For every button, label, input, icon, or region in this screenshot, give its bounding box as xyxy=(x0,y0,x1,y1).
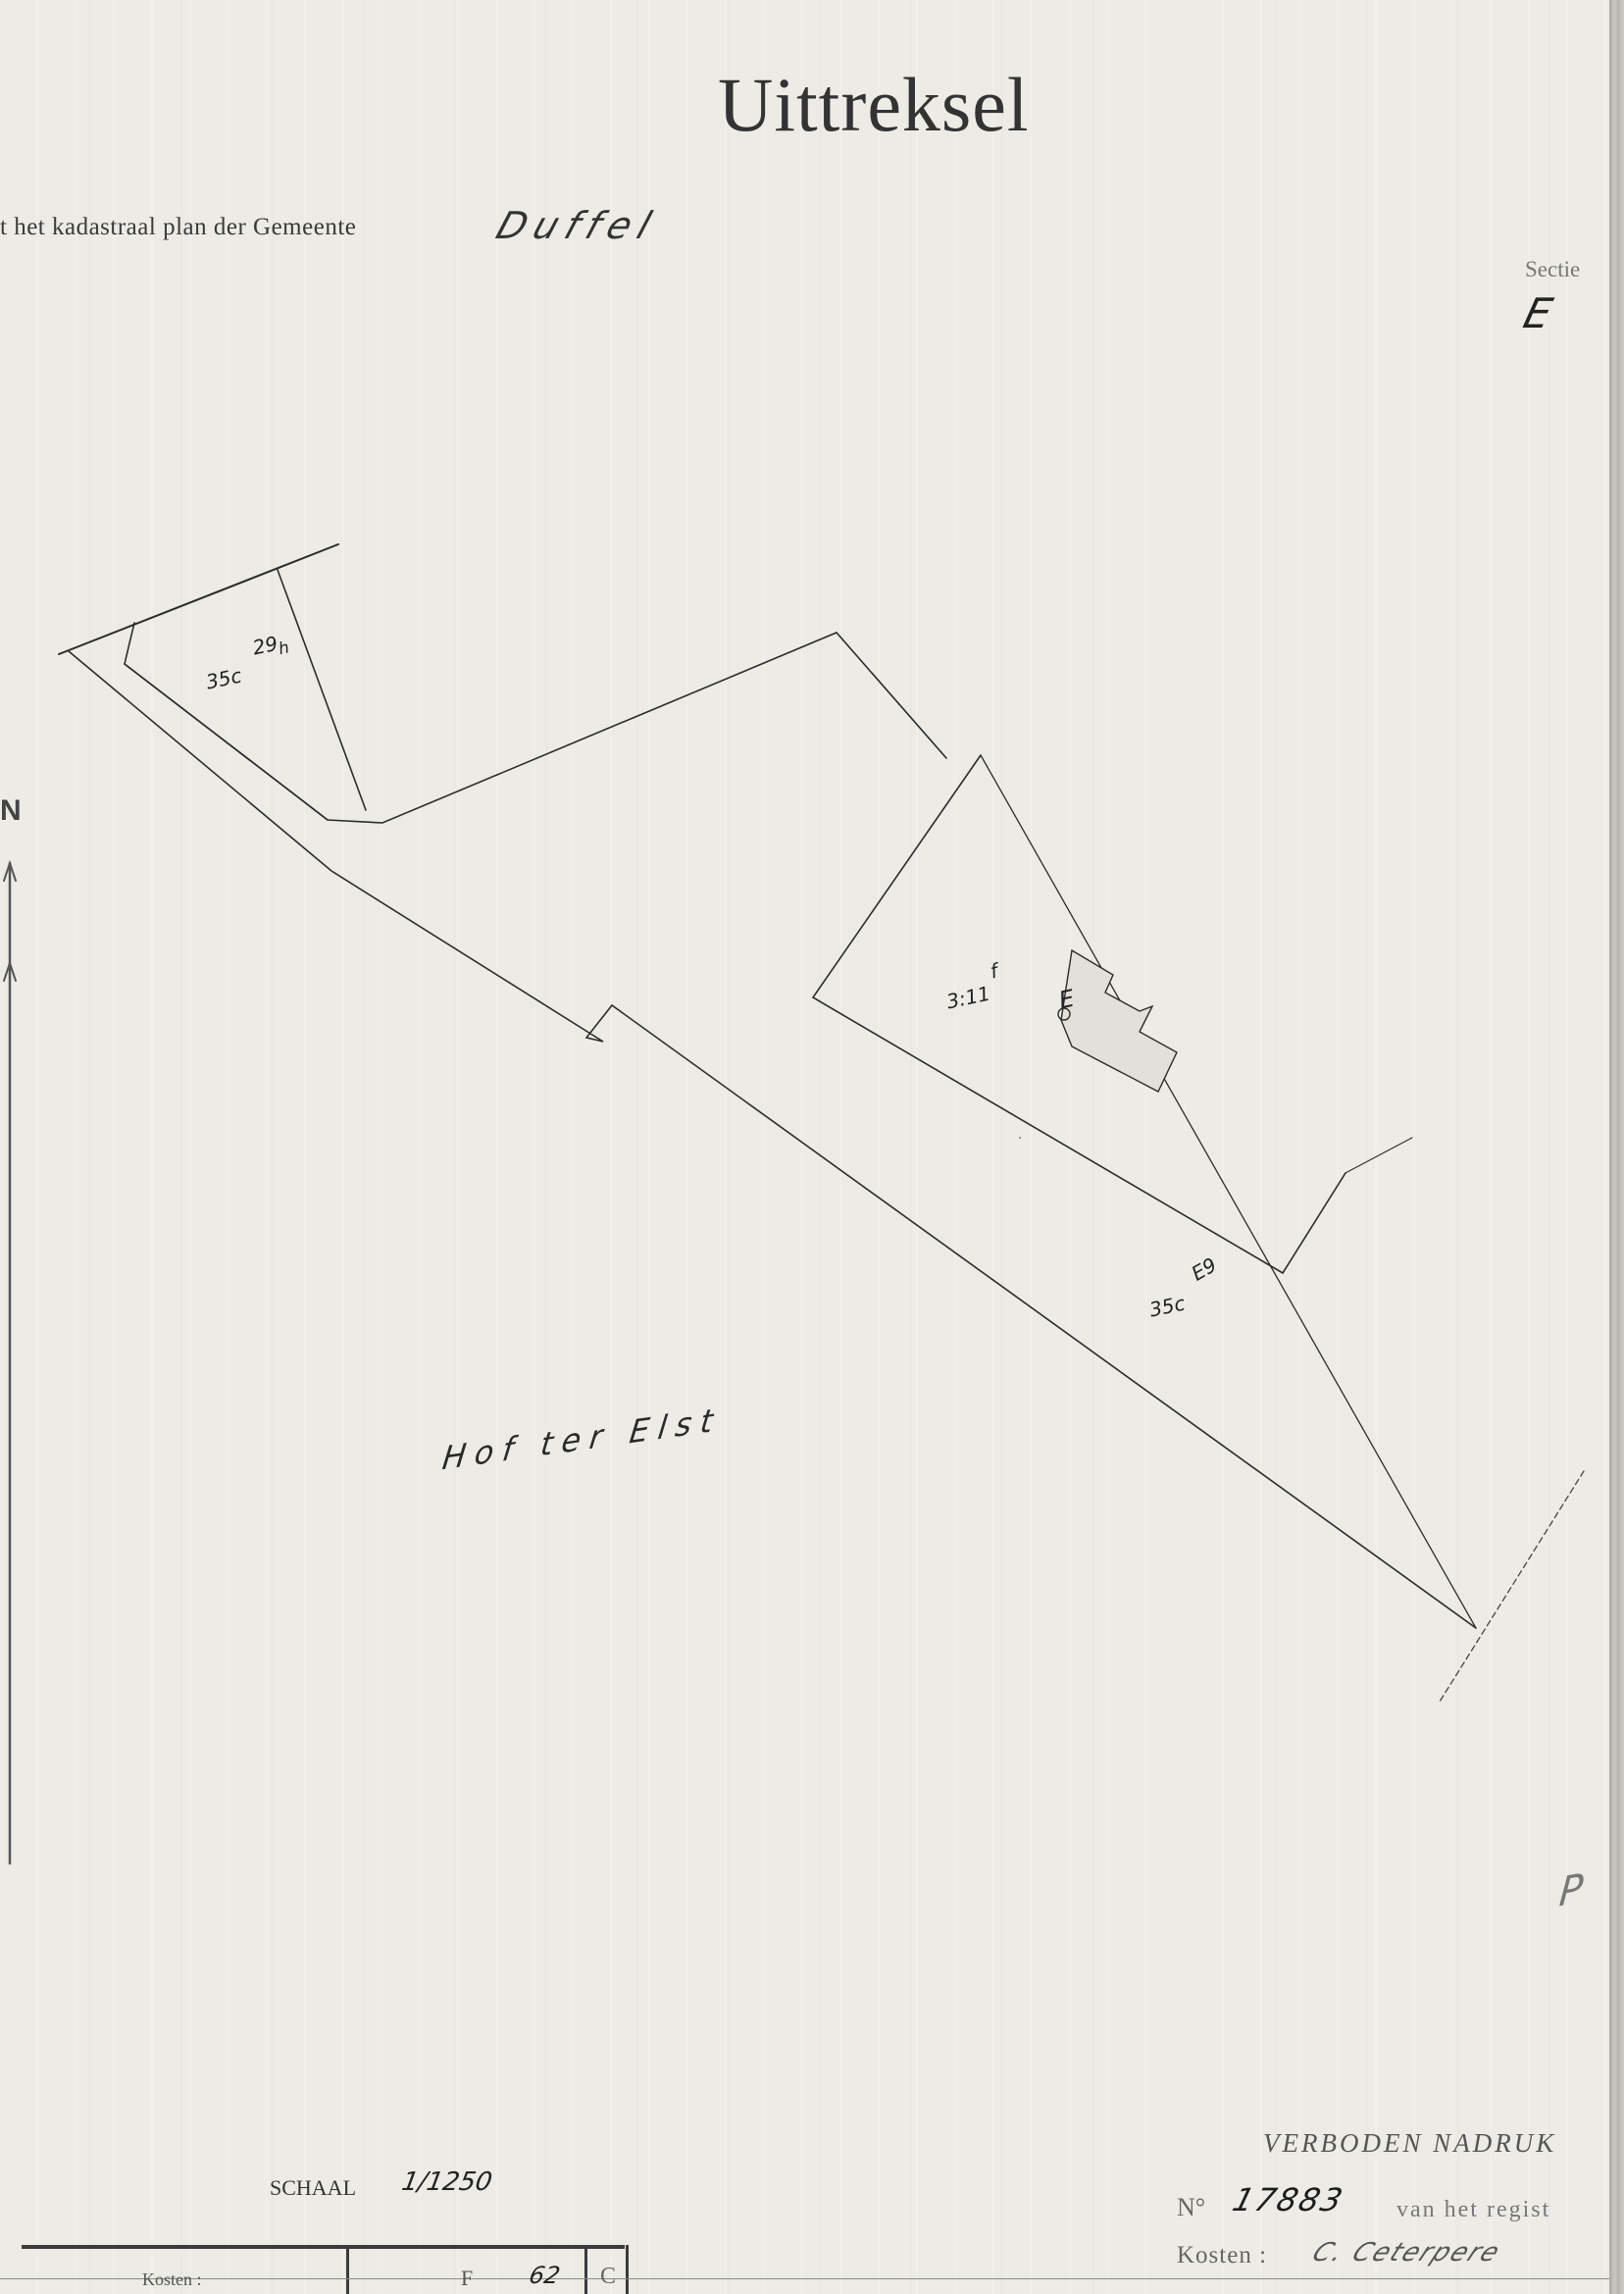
stamp-box-top-rule xyxy=(22,2245,625,2249)
margin-handwritten-mark: P xyxy=(1557,1865,1585,1916)
north-arrow-icon xyxy=(4,863,16,1863)
register-number-label: N° xyxy=(1177,2193,1205,2222)
register-number-value: 17883 xyxy=(1229,2181,1348,2218)
scale-label: SCHAAL xyxy=(270,2175,356,2201)
costs-label-right: Kosten : xyxy=(1177,2242,1267,2269)
cadastral-map-drawing xyxy=(0,0,1609,2294)
stamp-box-divider-2 xyxy=(584,2247,587,2294)
costs-label-left: Kosten : xyxy=(142,2269,202,2290)
stamp-box-number: 62 xyxy=(527,2262,562,2289)
scale-value: 1/1250 xyxy=(399,2167,494,2197)
signature: C. Ceterpere xyxy=(1307,2238,1506,2268)
stamp-box-divider-1 xyxy=(346,2247,349,2294)
register-text: van het regist xyxy=(1396,2197,1550,2223)
stamp-box-f: F xyxy=(461,2266,473,2291)
scanner-edge-strip xyxy=(1609,0,1624,2294)
stamp-box-bottom-rule xyxy=(0,2278,1609,2279)
stamp-box-c: C xyxy=(600,2264,616,2290)
building-outline-icon xyxy=(1058,950,1177,1092)
stamp-box-right-edge xyxy=(626,2245,629,2294)
cadastral-extract-page: Uittreksel t het kadastraal plan der Gem… xyxy=(0,0,1609,2294)
forbidden-reprint-notice: VERBODEN NADRUK xyxy=(1263,2128,1556,2159)
